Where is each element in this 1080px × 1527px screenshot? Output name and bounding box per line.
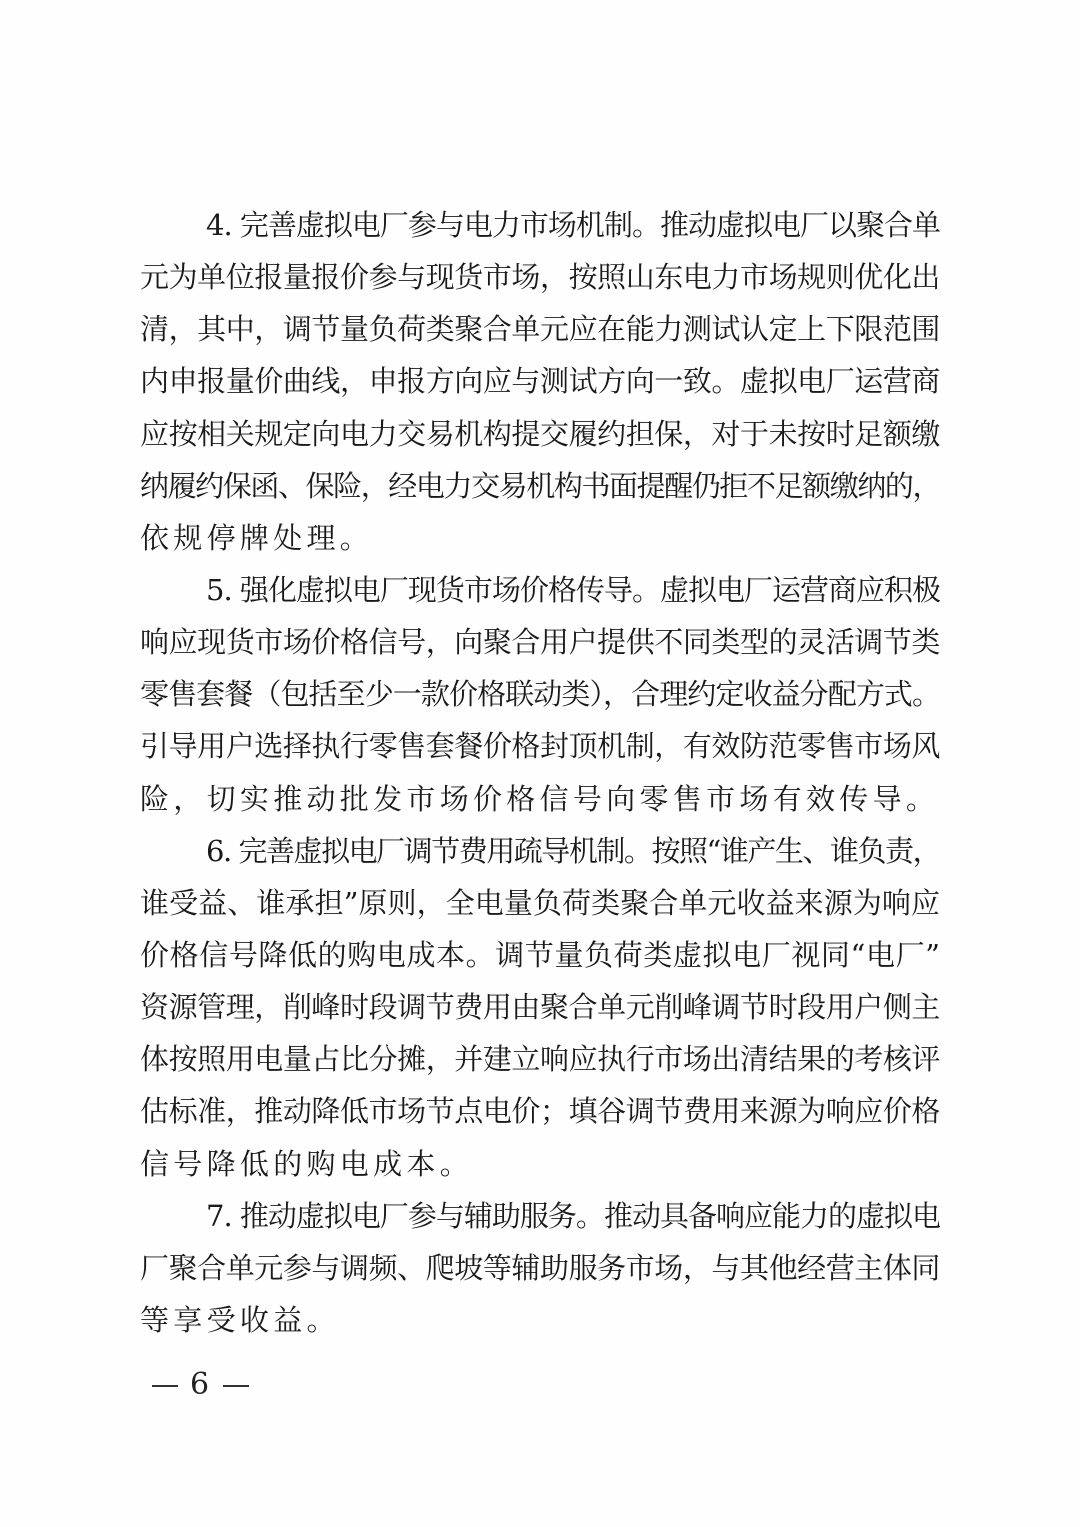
- paragraph-text: 虚拟电厂运营商应积极: [660, 573, 940, 607]
- paragraph-line: 资源管理，削峰时段调节费用由聚合单元削峰调节时段用户侧主: [140, 981, 940, 1033]
- paragraph-line: 谁受益、谁承担”原则，全电量负荷类聚合单元收益来源为响应: [140, 877, 940, 929]
- paragraph-line: 等享受收益。: [140, 1294, 940, 1346]
- paragraph-5: 5. 强化虚拟电厂现货市场价格传导。虚拟电厂运营商应积极 响应现货市场价格信号，…: [140, 564, 940, 825]
- page-number: 6: [140, 1365, 261, 1405]
- paragraph-heading: 5. 强化虚拟电厂现货市场价格传导。: [206, 573, 660, 607]
- paragraph-line: 零售套餐（包括至少一款价格联动类），合理约定收益分配方式。: [140, 668, 940, 720]
- paragraph-heading: 7. 推动虚拟电厂参与辅助服务。: [206, 1199, 604, 1233]
- paragraph-line: 依规停牌处理。: [140, 512, 940, 564]
- paragraph-text: 推动虚拟电厂以聚合单: [660, 208, 940, 242]
- paragraph-line: 5. 强化虚拟电厂现货市场价格传导。虚拟电厂运营商应积极: [140, 564, 940, 616]
- paragraph-line: 清，其中，调节量负荷类聚合单元应在能力测试认定上下限范围: [140, 303, 940, 355]
- paragraph-line: 7. 推动虚拟电厂参与辅助服务。推动具备响应能力的虚拟电: [140, 1190, 940, 1242]
- paragraph-line: 信号降低的购电成本。: [140, 1138, 940, 1190]
- paragraph-4: 4. 完善虚拟电厂参与电力市场机制。推动虚拟电厂以聚合单 元为单位报量报价参与现…: [140, 199, 940, 564]
- paragraph-line: 6. 完善虚拟电厂调节费用疏导机制。按照“谁产生、谁负责，: [140, 825, 940, 877]
- paragraph-line: 元为单位报量报价参与现货市场，按照山东电力市场规则优化出: [140, 251, 940, 303]
- paragraph-6: 6. 完善虚拟电厂调节费用疏导机制。按照“谁产生、谁负责， 谁受益、谁承担”原则…: [140, 825, 940, 1190]
- paragraph-line: 应按相关规定向电力交易机构提交履约担保，对于未按时足额缴: [140, 408, 940, 460]
- paragraph-line: 厂聚合单元参与调频、爬坡等辅助服务市场，与其他经营主体同: [140, 1242, 940, 1294]
- paragraph-line: 价格信号降低的购电成本。调节量负荷类虚拟电厂视同“电厂”: [140, 929, 940, 981]
- paragraph-line: 4. 完善虚拟电厂参与电力市场机制。推动虚拟电厂以聚合单: [140, 199, 940, 251]
- page-number-value: 6: [190, 1367, 211, 1402]
- paragraph-heading: 4. 完善虚拟电厂参与电力市场机制。: [206, 208, 660, 242]
- page-number-dash-left: [152, 1385, 178, 1387]
- paragraph-line: 险，切实推动批发市场价格信号向零售市场有效传导。: [140, 773, 940, 825]
- page-number-dash-right: [223, 1385, 249, 1387]
- paragraph-text: 按照“谁产生、谁负责，: [651, 834, 940, 868]
- document-page: 4. 完善虚拟电厂参与电力市场机制。推动虚拟电厂以聚合单 元为单位报量报价参与现…: [0, 0, 1080, 1527]
- paragraph-heading: 6. 完善虚拟电厂调节费用疏导机制。: [206, 834, 651, 868]
- paragraph-line: 响应现货市场价格信号，向聚合用户提供不同类型的灵活调节类: [140, 616, 940, 668]
- paragraph-line: 内申报量价曲线，申报方向应与测试方向一致。虚拟电厂运营商: [140, 355, 940, 407]
- paragraph-line: 纳履约保函、保险，经电力交易机构书面提醒仍拒不足额缴纳的，: [140, 460, 940, 512]
- paragraph-line: 估标准，推动降低市场节点电价；填谷调节费用来源为响应价格: [140, 1085, 940, 1137]
- document-body: 4. 完善虚拟电厂参与电力市场机制。推动虚拟电厂以聚合单 元为单位报量报价参与现…: [140, 199, 940, 1346]
- paragraph-line: 引导用户选择执行零售套餐价格封顶机制，有效防范零售市场风: [140, 720, 940, 772]
- paragraph-7: 7. 推动虚拟电厂参与辅助服务。推动具备响应能力的虚拟电 厂聚合单元参与调频、爬…: [140, 1190, 940, 1346]
- paragraph-text: 推动具备响应能力的虚拟电: [604, 1199, 940, 1233]
- paragraph-line: 体按照用电量占比分摊，并建立响应执行市场出清结果的考核评: [140, 1033, 940, 1085]
